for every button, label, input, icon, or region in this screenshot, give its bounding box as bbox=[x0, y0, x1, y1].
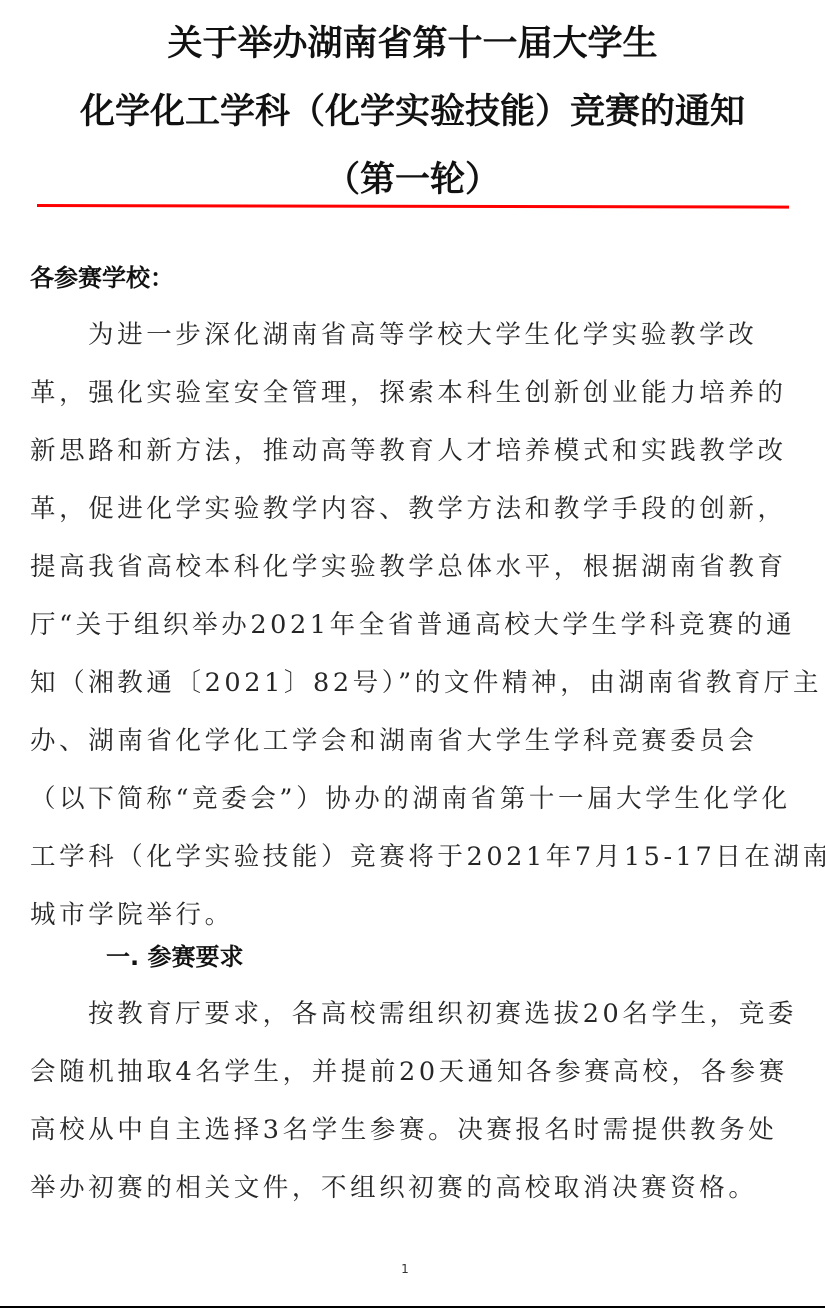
page-number: 1 bbox=[0, 1262, 810, 1276]
salutation: 各参赛学校： bbox=[30, 258, 174, 298]
title-line-1: 关于举办湖南省第十一届大学生 bbox=[0, 10, 825, 78]
paragraph-line: 提高我省高校本科化学实验教学总体水平，根据湖南省教育 bbox=[30, 538, 800, 596]
paragraph-line: 革，强化实验室安全管理，探索本科生创新创业能力培养的 bbox=[30, 364, 800, 422]
paragraph-line: 按教育厅要求，各高校需组织初赛选拔20名学生，竞委 bbox=[30, 985, 800, 1043]
document-page: 关于举办湖南省第十一届大学生 化学化工学科（化学实验技能）竞赛的通知 （第一轮）… bbox=[0, 0, 825, 1308]
intro-paragraph: 为进一步深化湖南省高等学校大学生化学实验教学改 革，强化实验室安全管理，探索本科… bbox=[30, 306, 800, 944]
paragraph-line: 新思路和新方法，推动高等教育人才培养模式和实践教学改 bbox=[30, 422, 800, 480]
paragraph-line: 高校从中自主选择3名学生参赛。决赛报名时需提供教务处 bbox=[30, 1101, 800, 1159]
section-heading-participation-requirements: 一. 参赛要求 bbox=[106, 935, 243, 979]
paragraph-line: 工学科（化学实验技能）竞赛将于2021年7月15-17日在湖南 bbox=[30, 828, 800, 886]
title-line-2: 化学化工学科（化学实验技能）竞赛的通知 bbox=[0, 78, 825, 146]
paragraph-line: 革，促进化学实验教学内容、教学方法和教学手段的创新， bbox=[30, 480, 800, 538]
document-title: 关于举办湖南省第十一届大学生 化学化工学科（化学实验技能）竞赛的通知 （第一轮） bbox=[0, 10, 825, 214]
paragraph-line: 为进一步深化湖南省高等学校大学生化学实验教学改 bbox=[30, 306, 800, 364]
participation-requirements-paragraph: 按教育厅要求，各高校需组织初赛选拔20名学生，竞委 会随机抽取4名学生，并提前2… bbox=[30, 985, 800, 1217]
paragraph-line: 办、湖南省化学化工学会和湖南省大学生学科竞赛委员会 bbox=[30, 712, 800, 770]
paragraph-line: 知（湘教通〔2021〕82号）”的文件精神，由湖南省教育厅主 bbox=[30, 654, 800, 712]
paragraph-line: 厅“关于组织举办2021年全省普通高校大学生学科竞赛的通 bbox=[30, 596, 800, 654]
paragraph-line: 举办初赛的相关文件，不组织初赛的高校取消决赛资格。 bbox=[30, 1159, 800, 1217]
paragraph-line: 会随机抽取4名学生，并提前20天通知各参赛高校，各参赛 bbox=[30, 1043, 800, 1101]
paragraph-line: （以下简称“竞委会”）协办的湖南省第十一届大学生化学化 bbox=[30, 770, 800, 828]
